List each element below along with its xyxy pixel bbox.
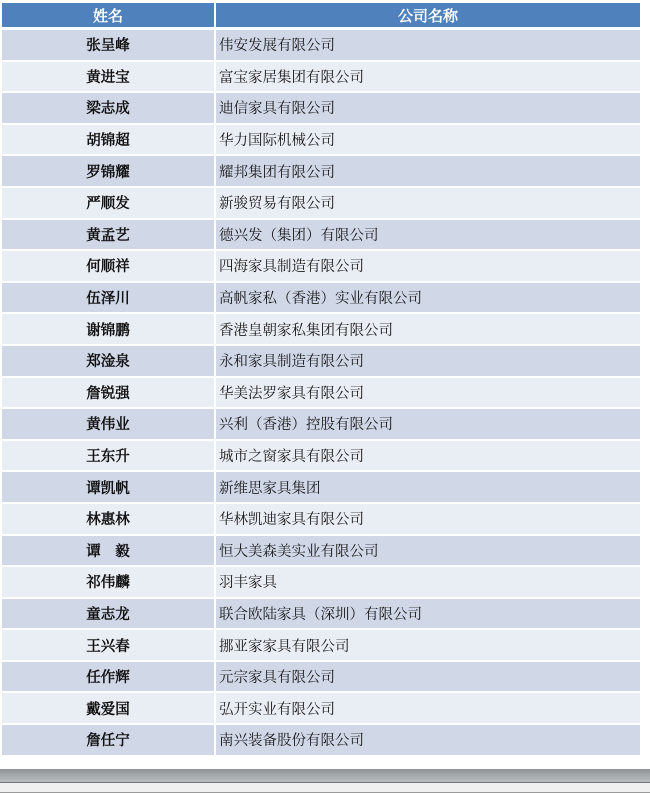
- company-name: 伟安发展有限公司: [216, 30, 640, 62]
- person-name: 童志龙: [2, 599, 216, 631]
- person-name: 王兴春: [2, 630, 216, 662]
- table-row: 谢锦鹏香港皇朝家私集团有限公司: [2, 314, 640, 346]
- bottom-divider-bar: [0, 769, 650, 783]
- table-row: 戴爱国弘开实业有限公司: [2, 693, 640, 725]
- header-name: 姓名: [2, 3, 216, 30]
- company-name: 华美法罗家具有限公司: [216, 378, 640, 410]
- company-name: 德兴发（集团）有限公司: [216, 220, 640, 252]
- table-row: 严顺发新骏贸易有限公司: [2, 188, 640, 220]
- table-row: 黄伟业兴利（香港）控股有限公司: [2, 409, 640, 441]
- bottom-strip: [0, 783, 650, 793]
- company-name: 恒大美森美实业有限公司: [216, 536, 640, 568]
- company-name: 四海家具制造有限公司: [216, 251, 640, 283]
- company-name: 香港皇朝家私集团有限公司: [216, 314, 640, 346]
- company-name: 新维思家具集团: [216, 472, 640, 504]
- company-name: 华力国际机械公司: [216, 125, 640, 157]
- table-row: 谭 毅恒大美森美实业有限公司: [2, 536, 640, 568]
- company-name: 联合欧陆家具（深圳）有限公司: [216, 599, 640, 631]
- table-row: 张呈峰伟安发展有限公司: [2, 30, 640, 62]
- table-row: 伍泽川高帆家私（香港）实业有限公司: [2, 283, 640, 315]
- table-row: 黄进宝富宝家居集团有限公司: [2, 62, 640, 94]
- company-name: 永和家具制造有限公司: [216, 346, 640, 378]
- person-name: 林惠林: [2, 504, 216, 536]
- person-name: 梁志成: [2, 93, 216, 125]
- person-name: 郑淦泉: [2, 346, 216, 378]
- table-row: 王兴春挪亚家家具有限公司: [2, 630, 640, 662]
- table-row: 詹锐强华美法罗家具有限公司: [2, 378, 640, 410]
- table-row: 谭凯帆新维思家具集团: [2, 472, 640, 504]
- table-row: 胡锦超华力国际机械公司: [2, 125, 640, 157]
- person-name: 詹任宁: [2, 725, 216, 757]
- person-name: 王东升: [2, 441, 216, 473]
- person-name: 戴爱国: [2, 693, 216, 725]
- person-name: 詹锐强: [2, 378, 216, 410]
- table-row: 詹任宁南兴装备股份有限公司: [2, 725, 640, 757]
- person-name: 任作辉: [2, 662, 216, 694]
- table-row: 梁志成迪信家具有限公司: [2, 93, 640, 125]
- person-name: 黄伟业: [2, 409, 216, 441]
- table-row: 任作辉元宗家具有限公司: [2, 662, 640, 694]
- header-company: 公司名称: [216, 3, 640, 30]
- table-row: 罗锦耀耀邦集团有限公司: [2, 156, 640, 188]
- company-name: 南兴装备股份有限公司: [216, 725, 640, 757]
- person-name: 谢锦鹏: [2, 314, 216, 346]
- person-name: 祁伟麟: [2, 567, 216, 599]
- company-name: 华林凯迪家具有限公司: [216, 504, 640, 536]
- company-name: 羽丰家具: [216, 567, 640, 599]
- company-name: 高帆家私（香港）实业有限公司: [216, 283, 640, 315]
- table-row: 林惠林华林凯迪家具有限公司: [2, 504, 640, 536]
- company-name: 迪信家具有限公司: [216, 93, 640, 125]
- person-name: 严顺发: [2, 188, 216, 220]
- person-name: 张呈峰: [2, 30, 216, 62]
- member-company-table: 姓名 公司名称 张呈峰伟安发展有限公司 黄进宝富宝家居集团有限公司 梁志成迪信家…: [2, 3, 640, 757]
- company-name: 城市之窗家具有限公司: [216, 441, 640, 473]
- table-row: 王东升城市之窗家具有限公司: [2, 441, 640, 473]
- person-name: 罗锦耀: [2, 156, 216, 188]
- person-name: 胡锦超: [2, 125, 216, 157]
- company-name: 兴利（香港）控股有限公司: [216, 409, 640, 441]
- company-name: 挪亚家家具有限公司: [216, 630, 640, 662]
- person-name: 谭 毅: [2, 536, 216, 568]
- person-name: 谭凯帆: [2, 472, 216, 504]
- person-name: 何顺祥: [2, 251, 216, 283]
- table-row: 何顺祥四海家具制造有限公司: [2, 251, 640, 283]
- table-header-row: 姓名 公司名称: [2, 3, 640, 30]
- table-row: 郑淦泉永和家具制造有限公司: [2, 346, 640, 378]
- table-row: 黄孟艺德兴发（集团）有限公司: [2, 220, 640, 252]
- company-name: 富宝家居集团有限公司: [216, 62, 640, 94]
- person-name: 黄进宝: [2, 62, 216, 94]
- person-name: 黄孟艺: [2, 220, 216, 252]
- table-row: 祁伟麟羽丰家具: [2, 567, 640, 599]
- table-row: 童志龙联合欧陆家具（深圳）有限公司: [2, 599, 640, 631]
- member-company-table-container: 姓名 公司名称 张呈峰伟安发展有限公司 黄进宝富宝家居集团有限公司 梁志成迪信家…: [2, 3, 640, 757]
- company-name: 耀邦集团有限公司: [216, 156, 640, 188]
- person-name: 伍泽川: [2, 283, 216, 315]
- company-name: 弘开实业有限公司: [216, 693, 640, 725]
- company-name: 新骏贸易有限公司: [216, 188, 640, 220]
- company-name: 元宗家具有限公司: [216, 662, 640, 694]
